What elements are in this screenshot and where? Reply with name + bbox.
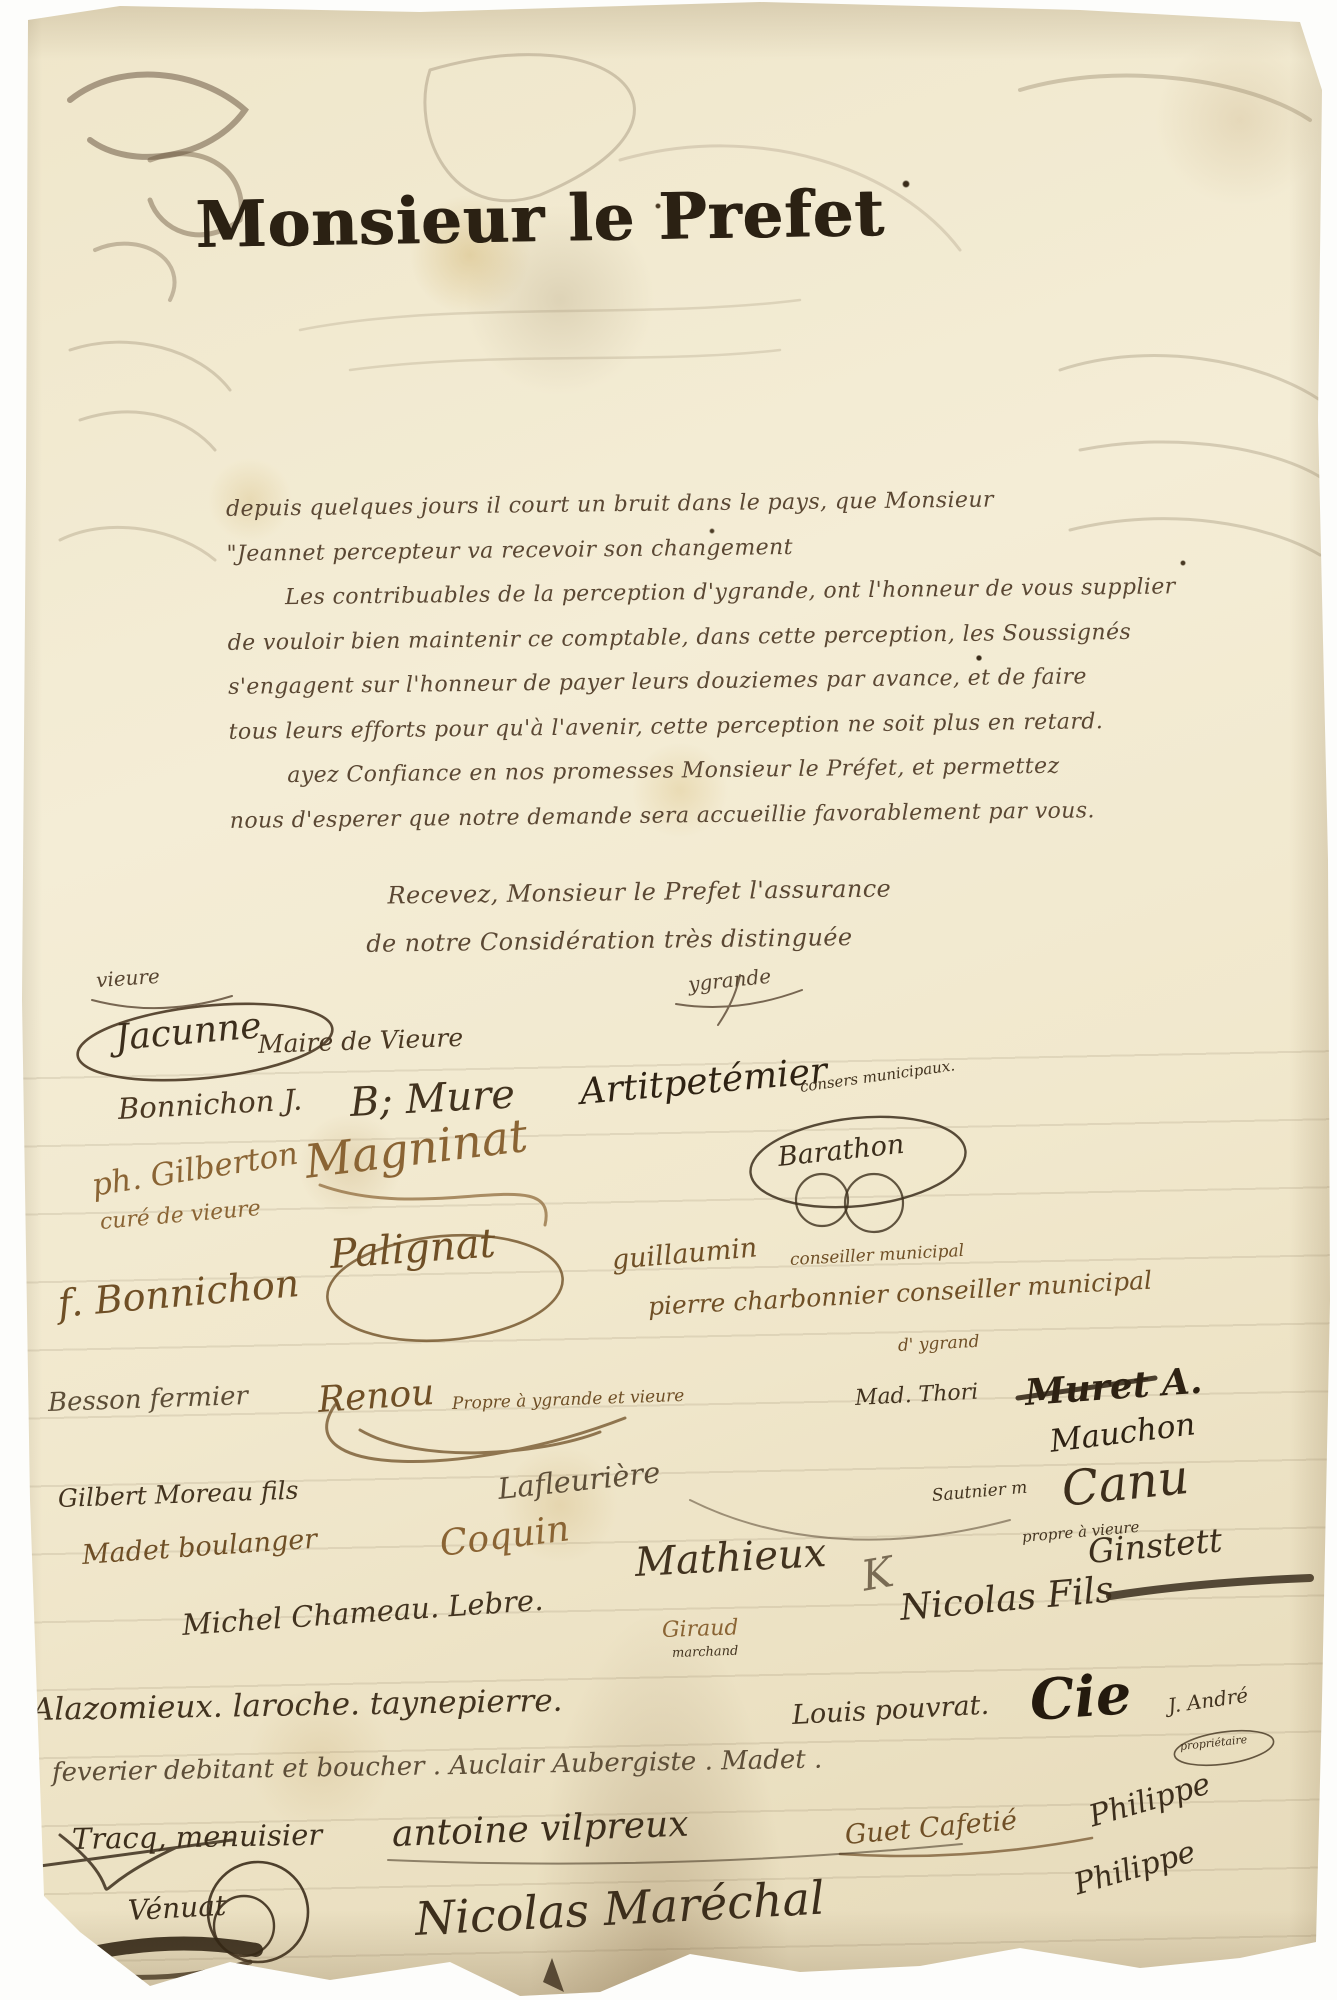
signature: Gilbert Moreau fils	[57, 1476, 298, 1513]
closing-line: Recevez, Monsieur le Prefet l'assurance	[387, 874, 891, 929]
signature: Artitpetémier	[578, 1050, 829, 1112]
signature-role: propriétaire	[1179, 1733, 1248, 1753]
page-title: Monsieur le Prefet	[179, 176, 900, 264]
signature-role: Maire de Vieure	[257, 1023, 463, 1059]
ink-smear	[1110, 1578, 1310, 1596]
letter-line: nous d'esperer que notre demande sera ac…	[230, 799, 1030, 853]
signature: Barathon	[776, 1129, 905, 1173]
signature: Canu	[1059, 1449, 1191, 1518]
signature: Philippe	[1085, 1766, 1214, 1834]
signature: Nicolas Fils	[898, 1569, 1115, 1629]
bleedthrough-marks	[60, 55, 1325, 560]
bleedthrough-mark	[70, 75, 245, 157]
signature-role: marchand	[672, 1644, 739, 1661]
signature: Coquin	[438, 1508, 572, 1565]
place-label-vieure: vieure	[95, 964, 160, 992]
signature: Louis pouvrat.	[791, 1690, 990, 1731]
signature: Jacunne	[113, 1005, 263, 1059]
signature: Mad. Thori	[854, 1380, 978, 1411]
signature-role: curé de vieure	[99, 1196, 262, 1235]
signature: antoine vilpreux	[391, 1804, 689, 1855]
signature: Madet boulanger	[81, 1524, 318, 1571]
pencil-ghost	[425, 55, 634, 201]
letter-closing: Recevez, Monsieur le Prefet l'assurance …	[387, 874, 892, 977]
ink-flourish	[98, 1943, 256, 1952]
signature: f. Bonnichon	[56, 1261, 301, 1326]
signature: Muret A.	[1024, 1360, 1204, 1414]
signature: Magninat	[302, 1108, 531, 1189]
bleedthrough-mark	[95, 244, 175, 300]
bleedthrough-mark	[70, 342, 230, 450]
ink-flourish	[62, 1962, 250, 1977]
signature: Renou	[317, 1372, 436, 1421]
bleedthrough-mark	[300, 300, 800, 370]
signature: Lafleurière	[496, 1455, 662, 1506]
letter-body: depuis quelques jours il court un bruit …	[226, 487, 1030, 853]
signature: feverier debitant et boucher . Auclair A…	[52, 1745, 823, 1788]
ink-flourish	[92, 996, 232, 1008]
ink-flourish	[796, 1174, 848, 1226]
signature: Alazomieux. laroche. taynepierre.	[32, 1683, 563, 1728]
ink-mark	[543, 1958, 564, 1992]
signature-role: conseiller municipal	[789, 1241, 964, 1270]
signature: pierre charbonnier conseiller municipal	[647, 1266, 1152, 1321]
signature-role: Propre à ygrande et vieure	[452, 1386, 685, 1414]
signature: Michel Chameau. Lebre.	[181, 1583, 544, 1642]
signature: Guet Cafetié	[844, 1805, 1019, 1851]
signature-monogram: K	[858, 1547, 897, 1601]
signature: Cie	[1028, 1661, 1134, 1734]
signature: Tracq, menuisier	[72, 1818, 323, 1856]
signature: Philippe	[1070, 1834, 1199, 1902]
signature: Vénuat	[127, 1889, 227, 1927]
ink-flourish	[320, 1185, 546, 1225]
signature: Sautnier m	[931, 1478, 1028, 1506]
signature: Palignat	[328, 1220, 497, 1277]
signature: guillaumin	[611, 1232, 759, 1276]
signature: Giraud	[662, 1615, 739, 1643]
signature: Nicolas Maréchal	[414, 1871, 826, 1946]
signature: Besson fermier	[47, 1381, 248, 1418]
ink-flourish	[845, 1174, 903, 1232]
signature-role: d' ygrand	[897, 1332, 979, 1356]
signature: J. André	[1166, 1683, 1249, 1718]
signature: Mathieux	[634, 1530, 828, 1586]
bleedthrough-mark	[1020, 76, 1310, 120]
signature: Bonnichon J.	[117, 1082, 303, 1126]
bleedthrough-mark	[60, 527, 215, 560]
closing-line: de notre Considération très distinguée	[366, 922, 892, 977]
paper-sheet: Monsieur le Prefet depuis quelques jours…	[0, 0, 1337, 2000]
signature: ph. Gilberton	[89, 1136, 300, 1204]
scanned-letter-page: Monsieur le Prefet depuis quelques jours…	[0, 0, 1337, 2000]
bleedthrough-mark	[1060, 356, 1325, 555]
